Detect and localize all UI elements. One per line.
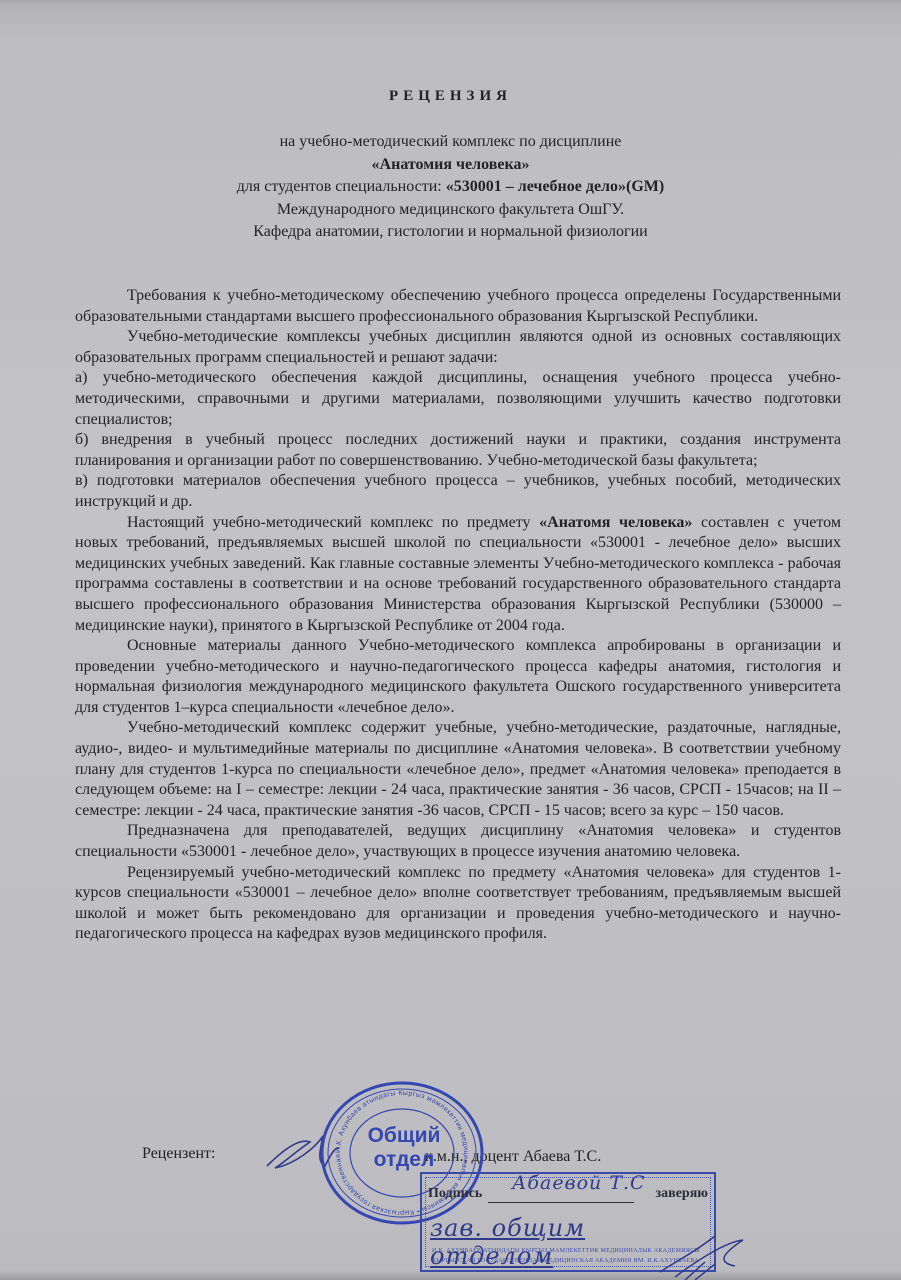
list-item-b: б) внедрения в учебный процесс последних… — [75, 430, 841, 471]
header-line-3: для студентов специальности: «530001 – л… — [0, 176, 901, 199]
paragraph-1: Требования к учебно-методическому обеспе… — [75, 286, 841, 327]
document-title: РЕЦЕНЗИЯ — [0, 88, 901, 105]
reviewer-label: Рецензент: — [142, 1145, 215, 1163]
stamp-handwritten-name: Абаевой Т.С — [512, 1172, 646, 1194]
paragraph-3-rest: составлен с учетом новых требований, пре… — [75, 514, 841, 634]
stamp-signature-line — [488, 1202, 634, 1203]
paragraph-5: Учебно-методический комплекс содержит уч… — [75, 718, 841, 821]
paragraph-7: Рецензируемый учебно-методический компле… — [75, 863, 841, 945]
list-item-a: а) учебно-методического обеспечения кажд… — [75, 368, 841, 430]
document-page: РЕЦЕНЗИЯ на учебно-методический комплекс… — [0, 0, 901, 1280]
paragraph-2: Учебно-методические комплексы учебных ди… — [75, 327, 841, 368]
header-discipline: «Анатомия человека» — [0, 154, 901, 177]
svg-text:Общий: Общий — [368, 1124, 441, 1147]
paragraph-6: Предназначена для преподавателей, ведущи… — [75, 821, 841, 862]
paragraph-4: Основные материалы данного Учебно-методи… — [75, 636, 841, 718]
svg-text:отдел: отдел — [374, 1148, 435, 1171]
final-signature-icon — [655, 1222, 750, 1280]
header-department: Кафедра анатомии, гистологии и нормально… — [0, 221, 901, 244]
header-faculty: Международного медицинского факультета О… — [0, 199, 901, 222]
list-item-c: в) подготовки материалов обеспечения уче… — [75, 471, 841, 512]
stamp-signature-label: Подпись — [428, 1186, 482, 1202]
paragraph-3-prefix: Настоящий учебно-методический комплекс п… — [127, 514, 539, 531]
header-specialty: «530001 – лечебное дело»(GM) — [446, 178, 665, 195]
paragraph-3: Настоящий учебно-методический комплекс п… — [75, 513, 841, 637]
header-line-1: на учебно-методический комплекс по дисци… — [0, 131, 901, 154]
paragraph-3-subject: «Анатомя человека» — [539, 514, 692, 531]
document-header: на учебно-методический комплекс по дисци… — [0, 131, 901, 244]
document-body: Требования к учебно-методическому обеспе… — [75, 286, 841, 945]
header-specialty-prefix: для студентов специальности: — [237, 178, 446, 195]
stamp-certify-label: заверяю — [656, 1186, 708, 1202]
